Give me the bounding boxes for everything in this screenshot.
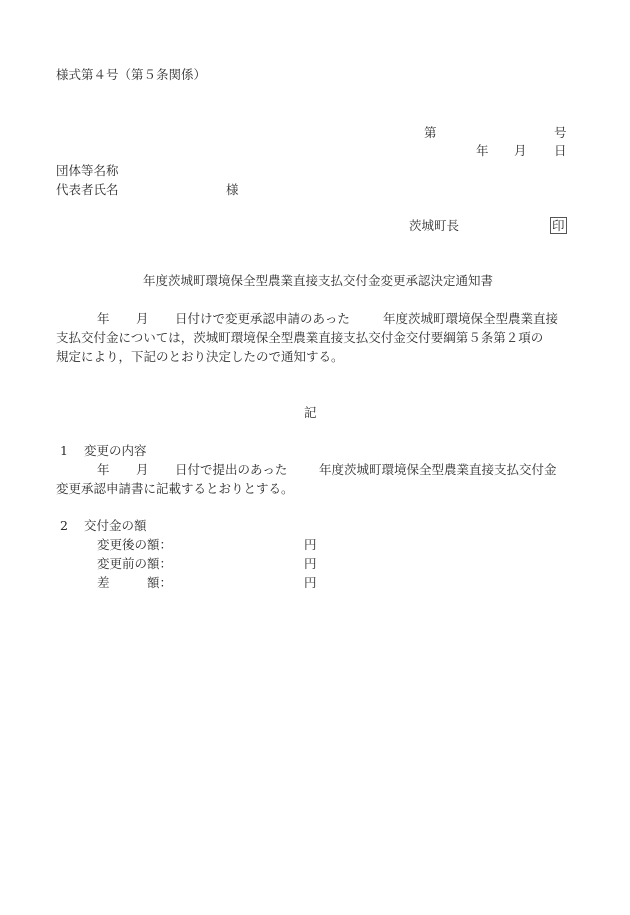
form-label: 様式第４号（第５条関係）: [56, 67, 206, 83]
section2-heading: 交付金の額: [84, 518, 147, 534]
body-line2: 支払交付金については，茨城町環境保全型農業直接支払交付金交付要綱第５条第２項の: [56, 330, 543, 346]
seal-mark: 印: [550, 217, 567, 234]
amount-before-unit: 円: [304, 556, 317, 572]
amount-after-label: 変更後の額：: [97, 537, 172, 553]
body-year: 年: [97, 311, 110, 327]
amount-before-label: 変更前の額：: [97, 556, 172, 572]
date-month: 月: [514, 143, 527, 159]
date-day: 日: [554, 143, 567, 159]
seal-box: 印: [550, 217, 567, 234]
body-line1-a: 日付けで変更承認申請のあった: [175, 311, 350, 327]
section1-heading: 変更の内容: [84, 443, 147, 459]
number-prefix: 第: [424, 125, 437, 141]
section1-line1-b: 年度茨城町環境保全型農業直接支払交付金: [319, 462, 557, 478]
sender-title: 茨城町長: [409, 218, 459, 234]
section1-number: 1: [60, 443, 68, 459]
amount-diff-label: 差 額：: [97, 575, 172, 591]
body-line3: 規定により，下記のとおり決定したので通知する。: [56, 349, 344, 365]
number-suffix: 号: [554, 125, 567, 141]
section1-year: 年: [97, 462, 110, 478]
ki-mark: 記: [304, 405, 317, 421]
date-year: 年: [476, 143, 489, 159]
document-title: 年度茨城町環境保全型農業直接支払交付金変更承認決定通知書: [143, 273, 493, 289]
amount-after-unit: 円: [304, 537, 317, 553]
section2-number: 2: [60, 518, 68, 534]
section1-month: 月: [136, 462, 149, 478]
amount-diff-unit: 円: [304, 575, 317, 591]
section1-line2: 変更承認申請書に記載するとおりとする。: [56, 481, 294, 497]
honorific: 様: [226, 182, 239, 198]
org-name-label: 団体等名称: [56, 163, 119, 179]
body-month: 月: [136, 311, 149, 327]
rep-name-label: 代表者氏名: [56, 182, 119, 198]
section1-line1-a: 日付で提出のあった: [175, 462, 287, 478]
body-line1-b: 年度茨城町環境保全型農業直接: [383, 311, 558, 327]
